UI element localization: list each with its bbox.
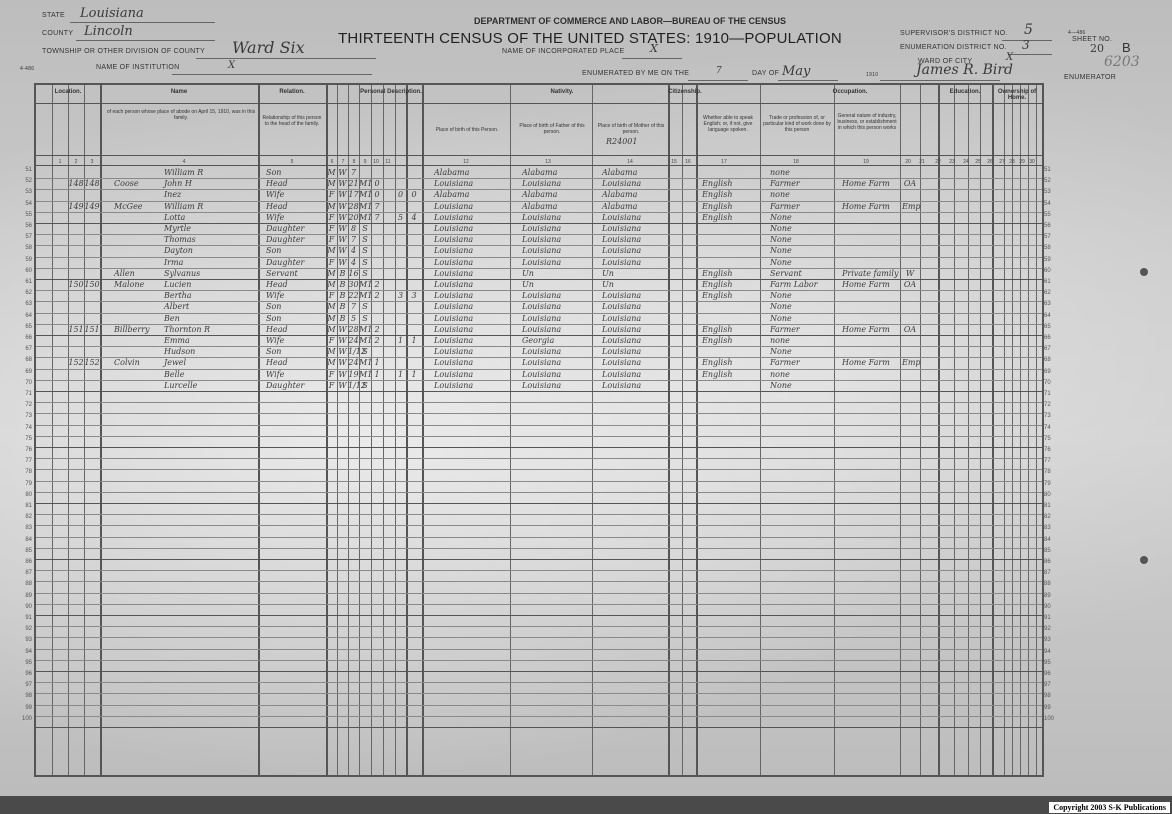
trade: none (770, 189, 790, 200)
row-rule (36, 660, 1042, 661)
column-group-heading: Citizenship. (668, 89, 696, 95)
mother-birthplace: Louisiana (602, 245, 641, 256)
years-married: 2 (371, 279, 383, 290)
trade: None (770, 346, 792, 357)
column-caption: of each person whose place of abode on A… (106, 109, 256, 121)
sex: M (326, 357, 337, 368)
line-number: 97 (1044, 682, 1060, 688)
supervisor-district-label: Supervisor's District No. (900, 30, 1008, 37)
header-rule (36, 165, 1042, 166)
relation: Daughter (266, 257, 304, 268)
given-name: Lurcelle (164, 380, 197, 391)
employer-status: Emp (902, 201, 918, 212)
father-birthplace: Louisiana (522, 369, 561, 380)
line-number: 74 (16, 425, 32, 431)
marital-status: S (359, 301, 371, 312)
row-rule (36, 593, 1042, 594)
marital-status: M1 (359, 178, 371, 189)
relation: Wife (266, 212, 284, 223)
row-rule (36, 716, 1042, 717)
age: 7 (348, 301, 359, 312)
relation: Head (266, 201, 288, 212)
mother-birthplace: Un (602, 268, 614, 279)
given-name: Inez (164, 189, 181, 200)
line-number: 94 (1044, 649, 1060, 655)
enumeration-district-value: 3 (1022, 38, 1030, 52)
line-number: 97 (16, 682, 32, 688)
surname: Allen (114, 268, 135, 279)
row-rule (36, 514, 1042, 515)
row-rule (36, 682, 1042, 683)
row-rule (36, 537, 1042, 538)
race: W (337, 380, 348, 391)
column-number: 19 (862, 159, 870, 165)
birthplace: Louisiana (434, 324, 473, 335)
line-number: 93 (16, 637, 32, 643)
department-heading: DEPARTMENT OF COMMERCE AND LABOR—BUREAU … (400, 16, 860, 26)
age: 7 (348, 167, 359, 178)
line-number: 85 (1044, 548, 1060, 554)
sex: F (326, 189, 337, 200)
sex: M (326, 268, 337, 279)
birthplace: Louisiana (434, 279, 473, 290)
column-caption: Place of birth of Mother of this person. (594, 123, 668, 135)
county-value: Lincoln (84, 24, 133, 39)
trade: Farmer (770, 201, 800, 212)
employer-status: Emp (902, 357, 918, 368)
month-value: May (782, 64, 810, 79)
column-group-heading: Nativity. (422, 89, 702, 95)
line-number: 64 (1044, 313, 1060, 319)
trade: Farmer (770, 178, 800, 189)
years-married: 2 (371, 324, 383, 335)
line-number: 94 (16, 649, 32, 655)
column-number: 30 (1028, 159, 1036, 165)
relation: Son (266, 167, 281, 178)
row-rule (36, 693, 1042, 694)
row-rule (36, 548, 1042, 549)
race: B (337, 279, 348, 290)
binding-hole (1140, 556, 1148, 564)
language: English (702, 279, 733, 290)
column-caption: Place of birth of Father of this person. (512, 123, 592, 135)
given-name: Albert (164, 301, 189, 312)
line-number: 82 (16, 514, 32, 520)
race: W (337, 234, 348, 245)
mother-birthplace: Louisiana (602, 357, 641, 368)
line-number: 53 (1044, 189, 1060, 195)
trade: None (770, 223, 792, 234)
race: W (337, 201, 348, 212)
sex: M (326, 313, 337, 324)
age: 1/12 (348, 380, 359, 391)
incorporated-place-label: Name of incorporated place (502, 48, 624, 55)
relation: Wife (266, 290, 284, 301)
line-number: 84 (16, 537, 32, 543)
line-number: 75 (1044, 436, 1060, 442)
sex: M (326, 301, 337, 312)
relation: Head (266, 279, 288, 290)
sex: F (326, 290, 337, 301)
sex: M (326, 279, 337, 290)
row-rule (36, 391, 1042, 392)
employer-status: OA (902, 178, 918, 189)
column-number: 29 (1018, 159, 1026, 165)
state-label: State (42, 12, 65, 19)
given-name: Irma (164, 257, 183, 268)
birthplace: Louisiana (434, 234, 473, 245)
trade: None (770, 257, 792, 268)
birthplace: Louisiana (434, 245, 473, 256)
father-birthplace: Georgia (522, 335, 554, 346)
given-name: Lotta (164, 212, 185, 223)
race: W (337, 335, 348, 346)
column-caption: General nature of industry, business, or… (836, 113, 898, 131)
age: 28 (348, 201, 359, 212)
mother-birthplace: Louisiana (602, 234, 641, 245)
relation: Daughter (266, 234, 304, 245)
line-number: 55 (1044, 212, 1060, 218)
header-rule (36, 155, 1042, 156)
column-number: 28 (1008, 159, 1016, 165)
line-number: 92 (16, 626, 32, 632)
line-number: 59 (16, 257, 32, 263)
row-rule (36, 492, 1042, 493)
given-name: Myrtle (164, 223, 191, 234)
line-number: 79 (1044, 481, 1060, 487)
given-name: Jewel (164, 357, 186, 368)
language: English (702, 201, 733, 212)
birthplace: Alabama (434, 189, 469, 200)
relation: Daughter (266, 380, 304, 391)
surname: Malone (114, 279, 144, 290)
stamp-number: 6203 (1104, 54, 1140, 70)
given-name: Bertha (164, 290, 192, 301)
marital-status: M1 (359, 335, 371, 346)
years-married: 0 (371, 189, 383, 200)
father-birthplace: Louisiana (522, 245, 561, 256)
mother-birthplace: Louisiana (602, 380, 641, 391)
birthplace: Louisiana (434, 201, 473, 212)
trade: none (770, 167, 790, 178)
line-number: 91 (1044, 615, 1060, 621)
race: W (337, 167, 348, 178)
row-rule (36, 604, 1042, 605)
children-living: 0 (406, 189, 422, 200)
years-married: 1 (371, 369, 383, 380)
mother-birthplace: Louisiana (602, 212, 641, 223)
years-married: 7 (371, 201, 383, 212)
mother-birthplace: Louisiana (602, 346, 641, 357)
row-rule (36, 727, 1042, 728)
given-name: Ben (164, 313, 180, 324)
sex: F (326, 257, 337, 268)
father-birthplace: Louisiana (522, 234, 561, 245)
column-number: 16 (684, 159, 692, 165)
birthplace: Louisiana (434, 301, 473, 312)
row-rule (36, 671, 1042, 672)
mother-column-note: R24001 (606, 137, 637, 146)
institution-value: X (228, 60, 235, 71)
children-born: 1 (395, 369, 406, 380)
age: 24 (348, 335, 359, 346)
father-birthplace: Alabama (522, 189, 557, 200)
column-caption: Place of birth of this Person. (426, 127, 508, 133)
copyright-notice: Copyright 2003 S-K Publications (1049, 802, 1170, 813)
line-number: 65 (16, 324, 32, 330)
relation: Son (266, 313, 281, 324)
enumerated-day: 7 (716, 66, 722, 76)
years-married: 7 (371, 212, 383, 223)
column-number: 15 (670, 159, 678, 165)
line-number: 70 (1044, 380, 1060, 386)
line-number: 90 (1044, 604, 1060, 610)
relation: Servant (266, 268, 298, 279)
row-rule (36, 570, 1042, 571)
mother-birthplace: Louisiana (602, 369, 641, 380)
column-group-heading: Occupation. (760, 89, 940, 95)
language: English (702, 357, 733, 368)
line-number: 71 (16, 391, 32, 397)
line-number: 51 (16, 167, 32, 173)
mother-birthplace: Louisiana (602, 335, 641, 346)
years-married: 2 (371, 335, 383, 346)
line-number: 87 (16, 570, 32, 576)
line-number: 68 (1044, 357, 1060, 363)
language: English (702, 290, 733, 301)
father-birthplace: Un (522, 268, 534, 279)
line-number: 60 (1044, 268, 1060, 274)
birthplace: Louisiana (434, 335, 473, 346)
row-rule (36, 626, 1042, 627)
sex: M (326, 346, 337, 357)
trade: None (770, 245, 792, 256)
line-number: 81 (16, 503, 32, 509)
line-number: 78 (1044, 469, 1060, 475)
row-rule (36, 447, 1042, 448)
line-number: 73 (16, 413, 32, 419)
children-living: 3 (406, 290, 422, 301)
children-born: 3 (395, 290, 406, 301)
mother-birthplace: Louisiana (602, 257, 641, 268)
father-birthplace: Un (522, 279, 534, 290)
line-number: 78 (16, 469, 32, 475)
ward-value: X (1006, 52, 1013, 63)
dwelling-number: 151 (68, 324, 84, 335)
line-number: 64 (16, 313, 32, 319)
line-number: 58 (1044, 245, 1060, 251)
mother-birthplace: Alabama (602, 189, 637, 200)
line-number: 89 (16, 593, 32, 599)
trade: Farm Labor (770, 279, 818, 290)
incorporated-place-value: X (650, 42, 658, 55)
age: 20 (348, 212, 359, 223)
marital-status: S (359, 346, 371, 357)
row-rule (36, 581, 1042, 582)
marital-status: M1 (359, 212, 371, 223)
birthplace: Louisiana (434, 257, 473, 268)
column-number: 12 (462, 159, 470, 165)
family-number: 148 (84, 178, 100, 189)
line-number: 52 (1044, 178, 1060, 184)
day-of-label: day of (752, 70, 779, 77)
line-number: 88 (1044, 581, 1060, 587)
birthplace: Louisiana (434, 380, 473, 391)
line-number: 80 (16, 492, 32, 498)
sex: M (326, 201, 337, 212)
column-caption: Relationship of this person to the head … (260, 115, 324, 127)
year-label: 1910 (866, 72, 878, 78)
age: 24 (348, 357, 359, 368)
relation: Head (266, 178, 288, 189)
race: W (337, 357, 348, 368)
marital-status: M1 (359, 290, 371, 301)
column-number: 9 (361, 159, 369, 165)
language: English (702, 189, 733, 200)
line-number: 98 (1044, 693, 1060, 699)
birthplace: Louisiana (434, 346, 473, 357)
line-number: 72 (1044, 402, 1060, 408)
line-number: 71 (1044, 391, 1060, 397)
column-number: 24 (962, 159, 970, 165)
sex: F (326, 212, 337, 223)
county-label: County (42, 30, 73, 37)
township-value: Ward Six (232, 38, 305, 57)
column-group-heading: Name (100, 89, 258, 95)
line-number: 56 (16, 223, 32, 229)
line-number: 59 (1044, 257, 1060, 263)
birthplace: Louisiana (434, 313, 473, 324)
column-number: 6 (328, 159, 336, 165)
line-number: 95 (1044, 660, 1060, 666)
father-birthplace: Louisiana (522, 212, 561, 223)
age: 19 (348, 369, 359, 380)
relation: Son (266, 346, 281, 357)
line-number: 90 (16, 604, 32, 610)
line-number: 84 (1044, 537, 1060, 543)
sex: M (326, 167, 337, 178)
relation: Son (266, 301, 281, 312)
father-birthplace: Louisiana (522, 346, 561, 357)
line-number: 56 (1044, 223, 1060, 229)
sheet-number: 20 (1090, 42, 1104, 55)
census-title: THIRTEENTH CENSUS OF THE UNITED STATES: … (320, 30, 860, 47)
row-rule (36, 649, 1042, 650)
line-number: 53 (16, 189, 32, 195)
age: 4 (348, 245, 359, 256)
trade: None (770, 234, 792, 245)
race: W (337, 257, 348, 268)
birthplace: Alabama (434, 167, 469, 178)
language: English (702, 178, 733, 189)
line-number: 82 (1044, 514, 1060, 520)
birthplace: Louisiana (434, 178, 473, 189)
age: 22 (348, 290, 359, 301)
census-sheet: State Louisiana County Lincoln Township … (0, 0, 1172, 796)
employer-status: OA (902, 324, 918, 335)
row-rule (36, 402, 1042, 403)
mother-birthplace: Alabama (602, 167, 637, 178)
age: 28 (348, 324, 359, 335)
township-label: Township or other division of county (42, 48, 205, 55)
relation: Head (266, 324, 288, 335)
line-number: 89 (1044, 593, 1060, 599)
relation: Daughter (266, 223, 304, 234)
column-number: 23 (948, 159, 956, 165)
marital-status: S (359, 257, 371, 268)
father-birthplace: Louisiana (522, 380, 561, 391)
relation: Head (266, 357, 288, 368)
industry: Home Farm (842, 279, 890, 290)
relation: Son (266, 245, 281, 256)
dwelling-number: 149 (68, 201, 84, 212)
line-number: 83 (1044, 525, 1060, 531)
given-name: Lucien (164, 279, 191, 290)
column-number: 20 (904, 159, 912, 165)
marital-status: S (359, 223, 371, 234)
given-name: Sylvanus (164, 268, 200, 279)
years-married: 1 (371, 357, 383, 368)
race: W (337, 223, 348, 234)
trade: None (770, 380, 792, 391)
line-number: 86 (16, 559, 32, 565)
row-rule (36, 481, 1042, 482)
column-number: 18 (792, 159, 800, 165)
race: B (337, 301, 348, 312)
employer-status: OA (902, 279, 918, 290)
age: 21 (348, 178, 359, 189)
language: English (702, 212, 733, 223)
scan-border (0, 796, 1172, 814)
line-number: 52 (16, 178, 32, 184)
line-number: 77 (16, 458, 32, 464)
column-number: 2 (72, 159, 80, 165)
column-number: 25 (974, 159, 982, 165)
children-living: 1 (406, 335, 422, 346)
line-number: 62 (1044, 290, 1060, 296)
row-rule (36, 637, 1042, 638)
given-name: Hudson (164, 346, 195, 357)
surname: Coose (114, 178, 139, 189)
language: English (702, 268, 733, 279)
sex: F (326, 335, 337, 346)
marital-status: M1 (359, 369, 371, 380)
line-number: 65 (1044, 324, 1060, 330)
mother-birthplace: Louisiana (602, 178, 641, 189)
line-number: 79 (16, 481, 32, 487)
dwelling-number: 152 (68, 357, 84, 368)
line-number: 93 (1044, 637, 1060, 643)
father-birthplace: Louisiana (522, 223, 561, 234)
row-rule (36, 525, 1042, 526)
father-birthplace: Alabama (522, 201, 557, 212)
line-number: 92 (1044, 626, 1060, 632)
age: 4 (348, 257, 359, 268)
race: W (337, 346, 348, 357)
race: B (337, 313, 348, 324)
column-caption: Whether able to speak English; or, if no… (698, 115, 758, 133)
father-birthplace: Louisiana (522, 301, 561, 312)
dwelling-number: 150 (68, 279, 84, 290)
column-number: 10 (372, 159, 380, 165)
given-name: William R (164, 167, 203, 178)
race: W (337, 189, 348, 200)
birthplace: Louisiana (434, 357, 473, 368)
marital-status: S (359, 268, 371, 279)
line-number: 51 (1044, 167, 1060, 173)
marital-status: S (359, 234, 371, 245)
line-number: 67 (16, 346, 32, 352)
